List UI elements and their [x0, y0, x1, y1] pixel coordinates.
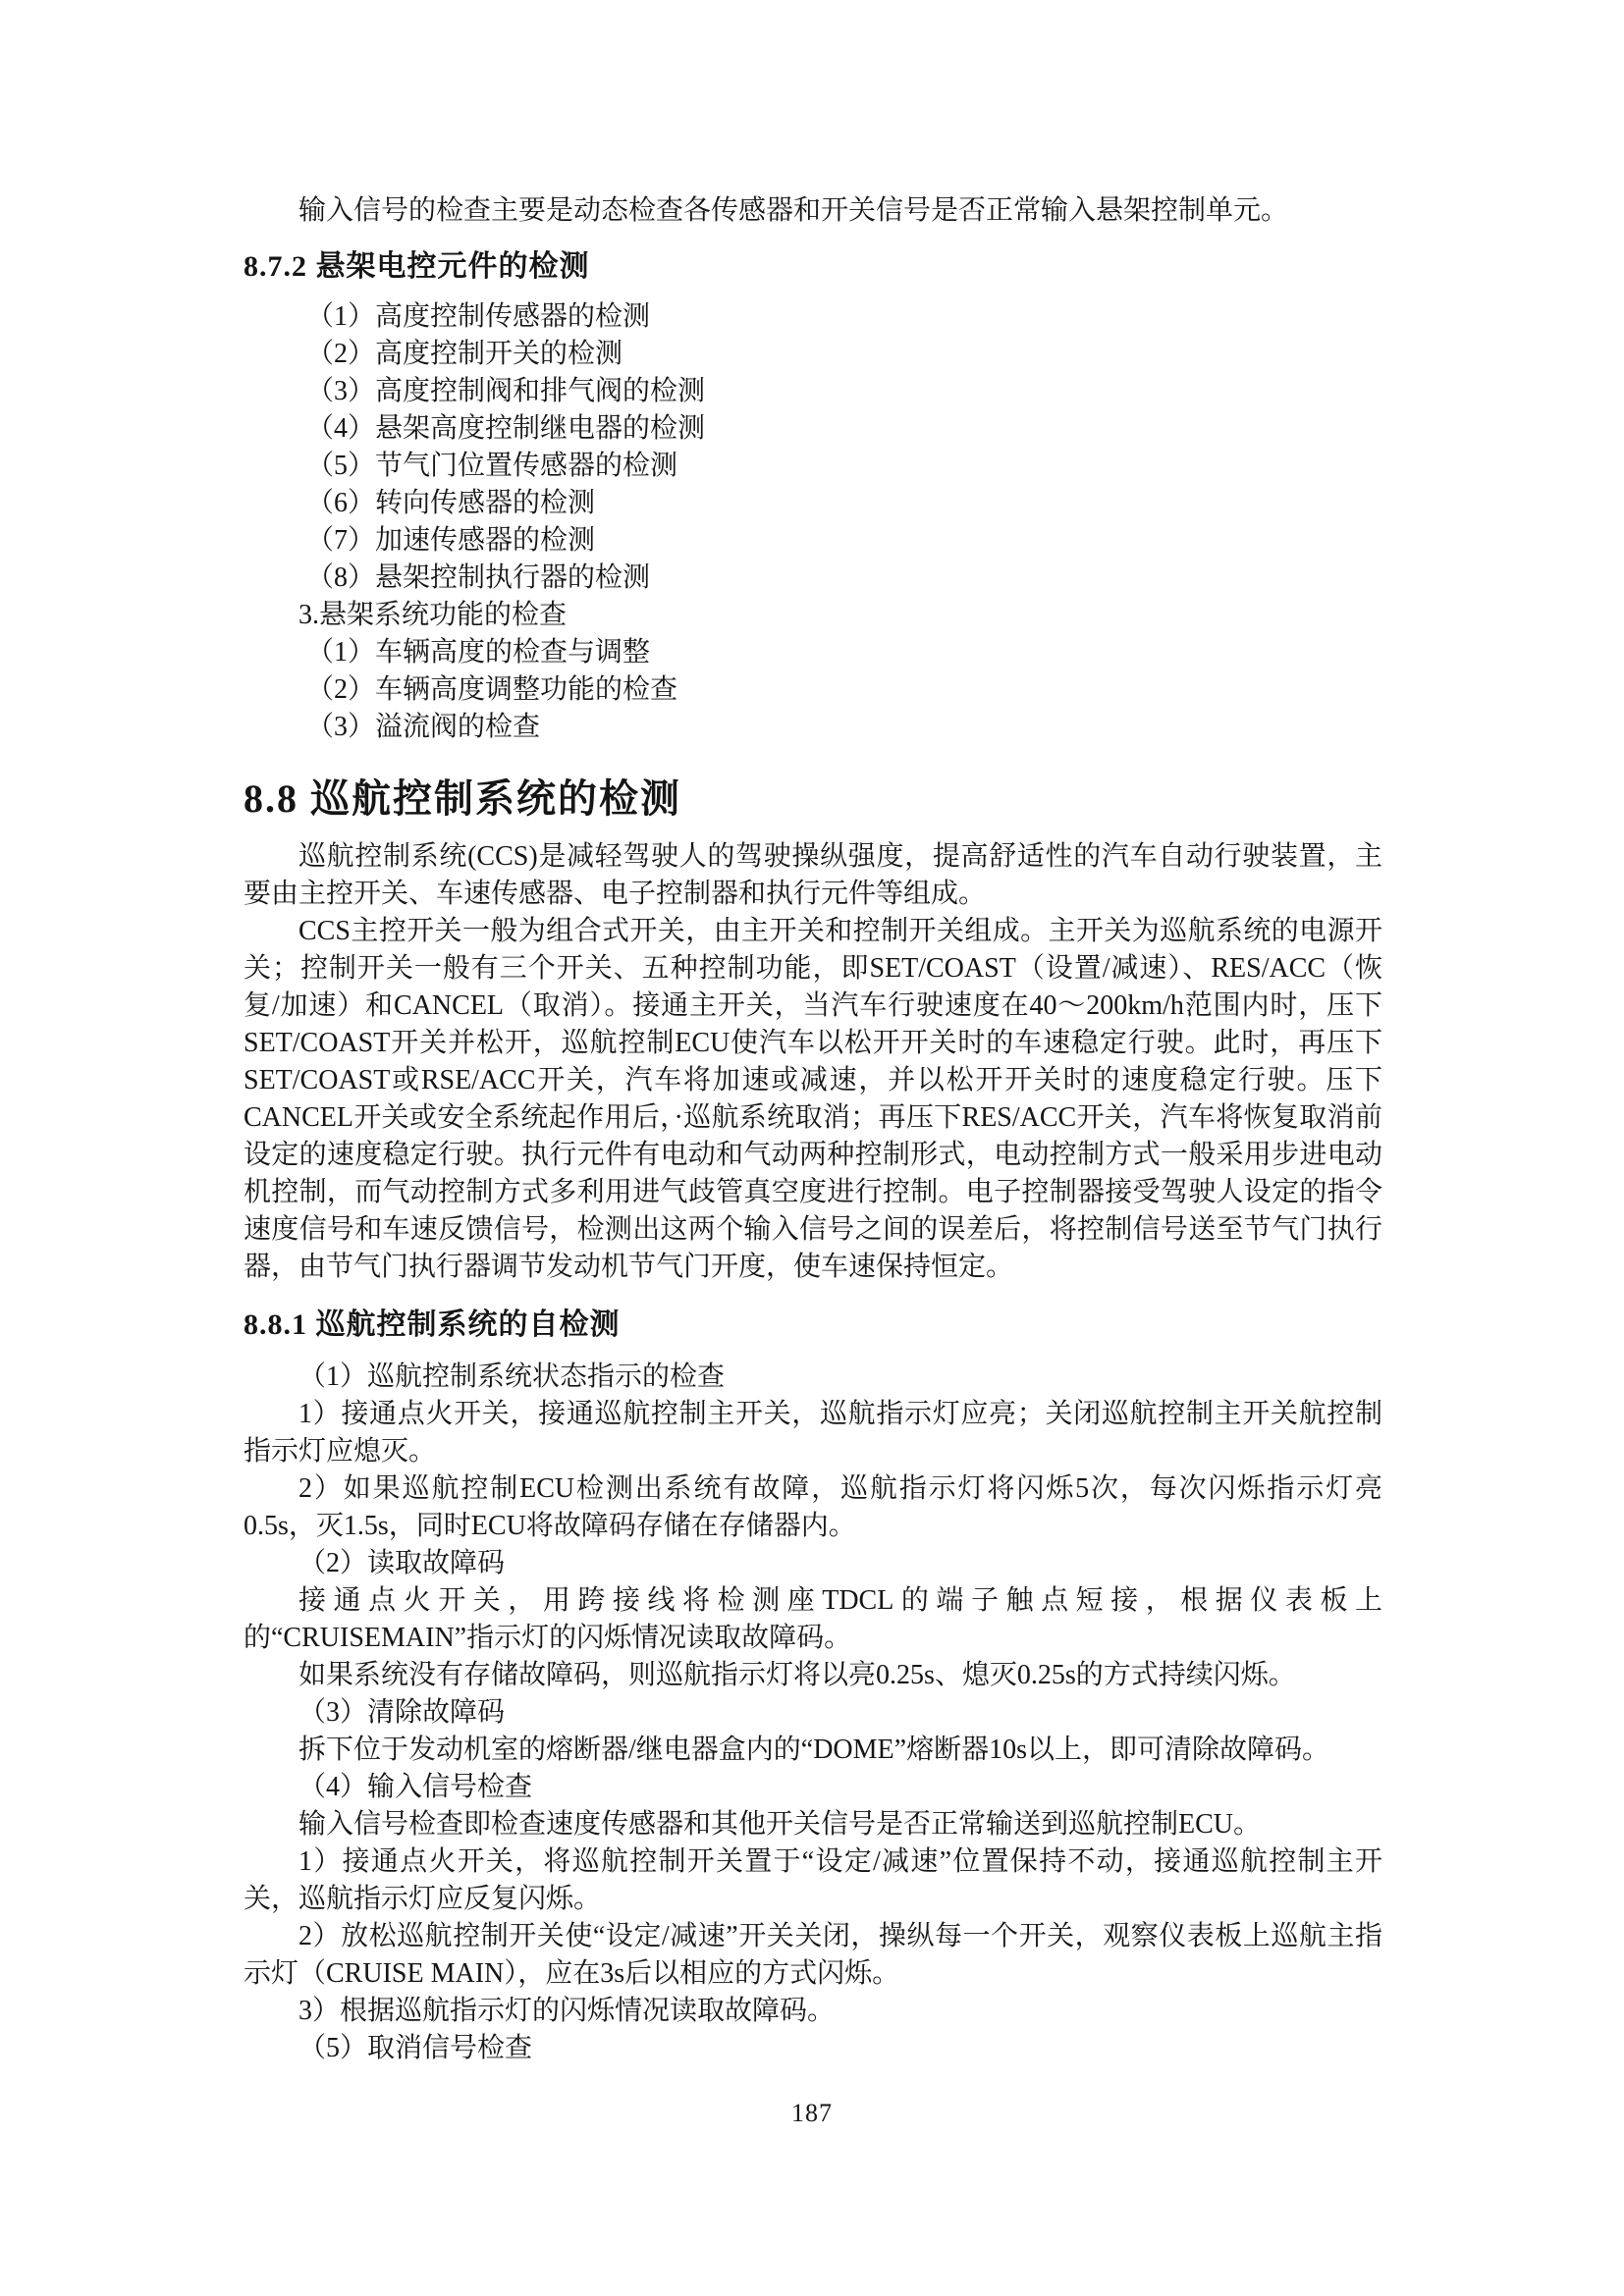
section-8-8-body: 巡航控制系统(CCS)是减轻驾驶人的驾驶操纵强度，提高舒适性的汽车自动行驶装置，… [244, 838, 1382, 1286]
page-content: 输入信号的检查主要是动态检查各传感器和开关信号是否正常输入悬架控制单元。 8.7… [244, 192, 1382, 2067]
paragraph: 2）如果巡航控制ECU检测出系统有故障，巡航指示灯将闪烁5次，每次闪烁指示灯亮0… [244, 1470, 1382, 1545]
paragraph: （2）读取故障码 [244, 1545, 1382, 1582]
list-item: （1）车辆高度的检查与调整 [244, 634, 1382, 671]
list-subheading: 3.悬架系统功能的检查 [244, 597, 1382, 634]
section-heading-8-8: 8.8 巡航控制系统的检测 [244, 772, 1382, 827]
paragraph: 1）接通点火开关，将巡航控制开关置于“设定/减速”位置保持不动，接通巡航控制主开… [244, 1843, 1382, 1918]
list-item: （4）悬架高度控制继电器的检测 [244, 410, 1382, 448]
paragraph: 2）放松巡航控制开关使“设定/减速”开关关闭，操纵每一个开关，观察仪表板上巡航主… [244, 1918, 1382, 1993]
section-8-8-1-body: （1）巡航控制系统状态指示的检查 1）接通点火开关，接通巡航控制主开关，巡航指示… [244, 1359, 1382, 2067]
paragraph: 如果系统没有存储故障码，则巡航指示灯将以亮0.25s、熄灭0.25s的方式持续闪… [244, 1657, 1382, 1694]
paragraph: 接通点火开关，用跨接线将检测座TDCL的端子触点短接，根据仪表板上的“CRUIS… [244, 1582, 1382, 1657]
paragraph: （3）清除故障码 [244, 1694, 1382, 1732]
section-heading-8-7-2: 8.7.2 悬架电控元件的检测 [244, 247, 1382, 287]
paragraph: 巡航控制系统(CCS)是减轻驾驶人的驾驶操纵强度，提高舒适性的汽车自动行驶装置，… [244, 838, 1382, 913]
paragraph: （4）输入信号检查 [244, 1769, 1382, 1806]
paragraph: 拆下位于发动机室的熔断器/继电器盒内的“DOME”熔断器10s以上，即可清除故障… [244, 1732, 1382, 1769]
paragraph: 1）接通点火开关，接通巡航控制主开关，巡航指示灯应亮；关闭巡航控制主开关航控制指… [244, 1396, 1382, 1470]
list-item: （3）溢流阀的检查 [244, 709, 1382, 746]
paragraph: CCS主控开关一般为组合式开关，由主开关和控制开关组成。主开关为巡航系统的电源开… [244, 913, 1382, 1286]
section-heading-8-8-1: 8.8.1 巡航控制系统的自检测 [244, 1306, 1382, 1345]
list-item: （5）节气门位置传感器的检测 [244, 448, 1382, 485]
document-page: 输入信号的检查主要是动态检查各传感器和开关信号是否正常输入悬架控制单元。 8.7… [0, 0, 1624, 2296]
intro-paragraph: 输入信号的检查主要是动态检查各传感器和开关信号是否正常输入悬架控制单元。 [244, 192, 1382, 230]
inspection-item-list: （1）高度控制传感器的检测 （2）高度控制开关的检测 （3）高度控制阀和排气阀的… [244, 298, 1382, 746]
page-number: 187 [0, 2099, 1624, 2128]
list-item: （6）转向传感器的检测 [244, 485, 1382, 522]
list-item: （2）高度控制开关的检测 [244, 336, 1382, 373]
paragraph: 3）根据巡航指示灯的闪烁情况读取故障码。 [244, 1993, 1382, 2030]
list-item: （8）悬架控制执行器的检测 [244, 560, 1382, 597]
paragraph: 输入信号检查即检查速度传感器和其他开关信号是否正常输送到巡航控制ECU。 [244, 1806, 1382, 1843]
list-item: （2）车辆高度调整功能的检查 [244, 671, 1382, 709]
list-item: （1）高度控制传感器的检测 [244, 298, 1382, 336]
paragraph: （1）巡航控制系统状态指示的检查 [244, 1359, 1382, 1396]
list-item: （7）加速传感器的检测 [244, 522, 1382, 560]
list-item: （3）高度控制阀和排气阀的检测 [244, 373, 1382, 410]
paragraph: （5）取消信号检查 [244, 2030, 1382, 2067]
